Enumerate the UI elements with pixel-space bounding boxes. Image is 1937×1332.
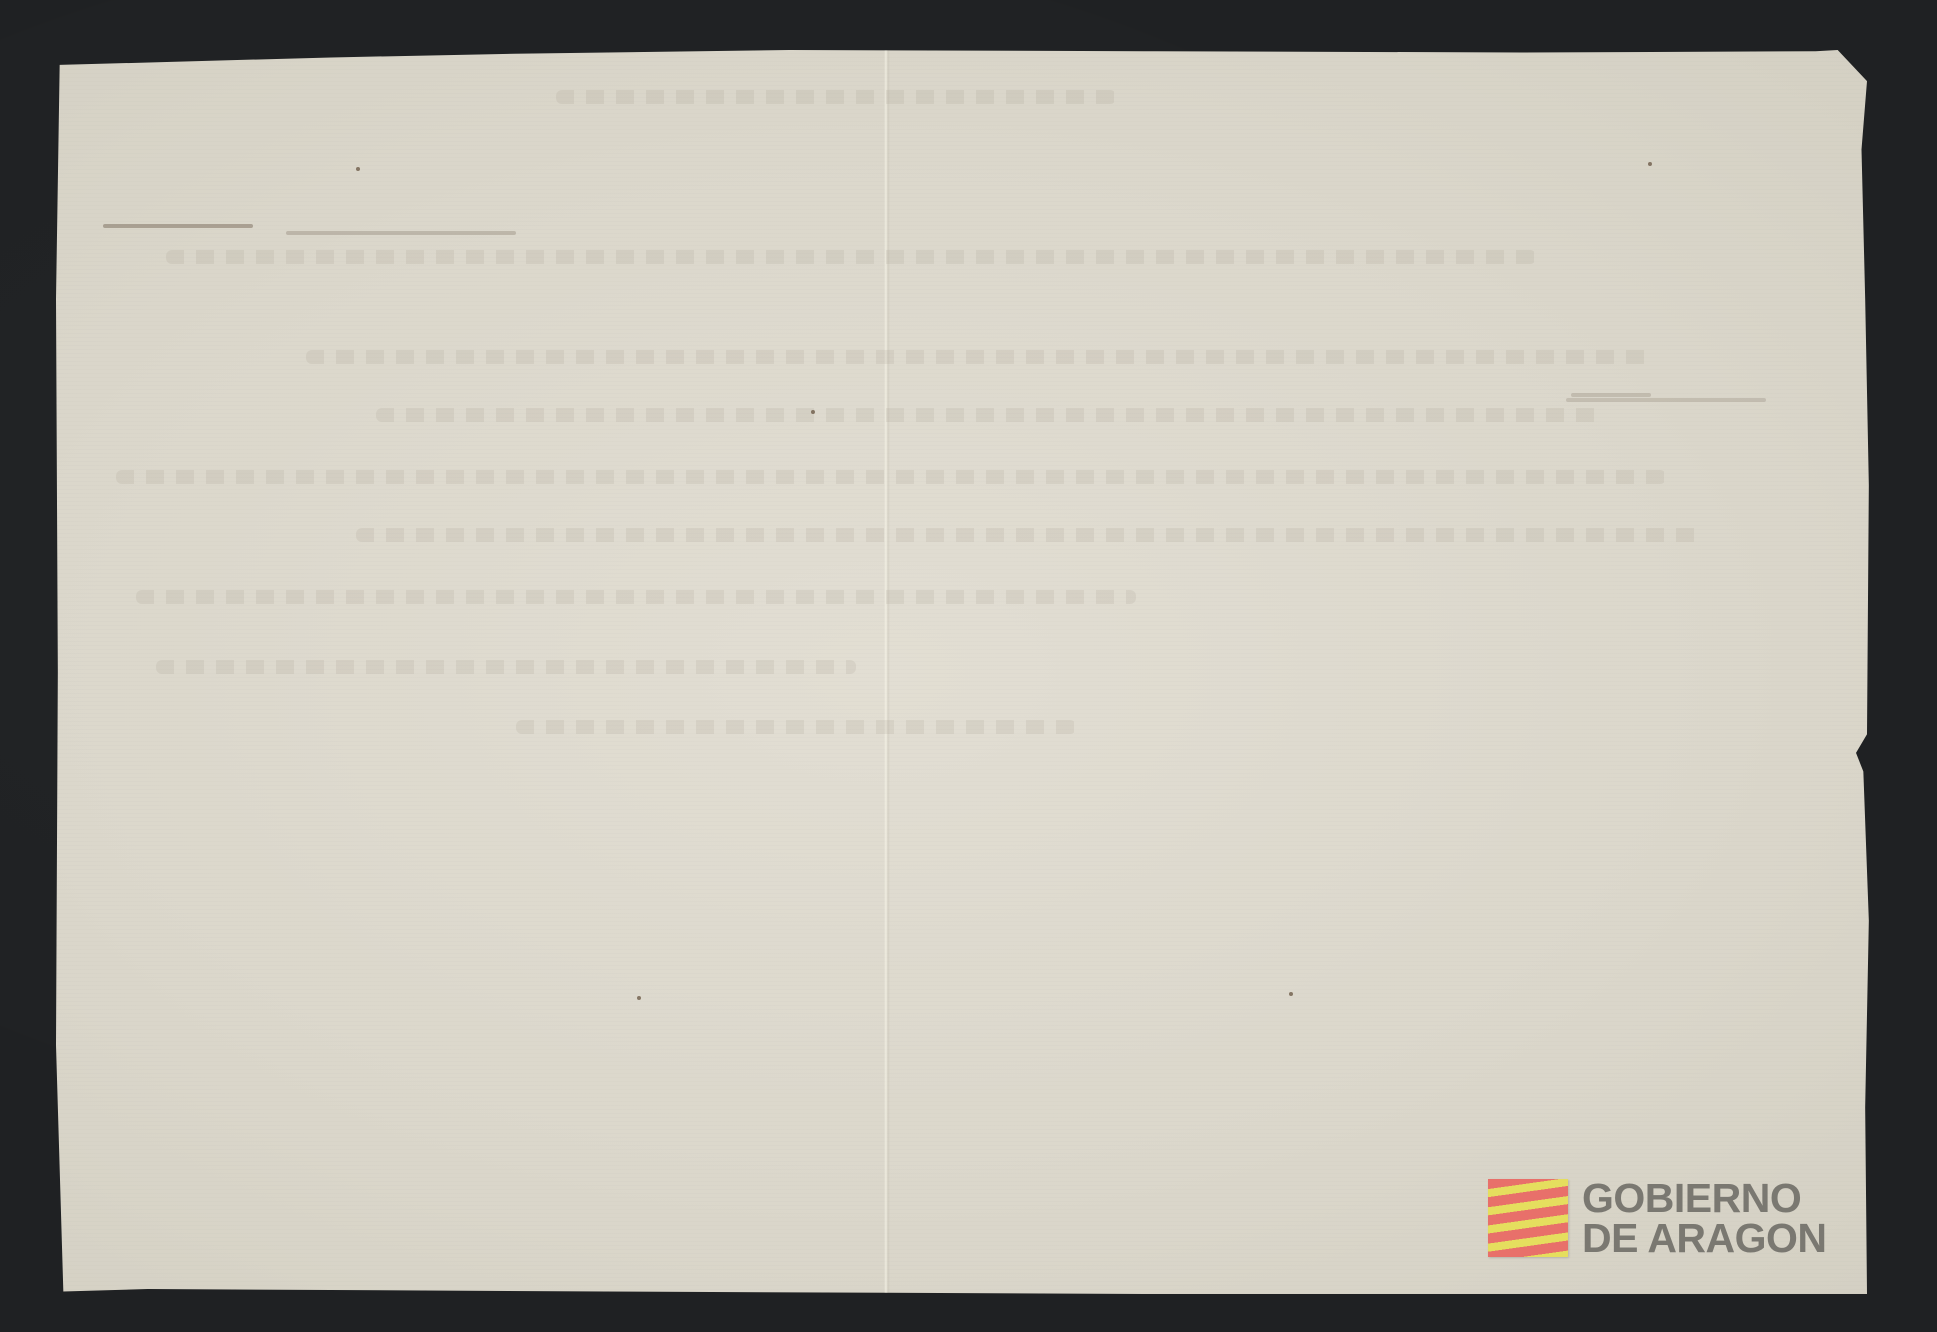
bleed-through-text	[306, 350, 1656, 364]
ink-stroke	[286, 231, 516, 235]
foxing-spot	[356, 167, 360, 171]
bleed-through-text	[136, 590, 1136, 604]
logo-line-1: GOBIERNO	[1582, 1178, 1827, 1218]
bleed-through-text	[356, 528, 1706, 542]
bleed-through-text	[516, 720, 1076, 734]
bleed-through-text	[156, 660, 856, 674]
foxing-spot	[811, 410, 815, 414]
logo-line-2: DE ARAGON	[1582, 1218, 1827, 1258]
fold-crease	[884, 50, 890, 1294]
bleed-through-text	[376, 408, 1606, 422]
logo-text: GOBIERNO DE ARAGON	[1582, 1178, 1827, 1258]
bleed-through-text	[556, 90, 1116, 104]
ink-stroke	[1566, 398, 1766, 402]
gobierno-de-aragon-logo: GOBIERNO DE ARAGON	[1488, 1178, 1827, 1258]
bleed-through-text	[166, 250, 1536, 264]
foxing-spot	[1289, 992, 1293, 996]
foxing-spot	[637, 996, 641, 1000]
bleed-through-text	[116, 470, 1666, 484]
ink-stroke	[103, 224, 253, 228]
ink-stroke	[1571, 393, 1651, 397]
aragon-flag-icon	[1488, 1179, 1568, 1257]
manuscript-page	[56, 50, 1889, 1294]
foxing-spot	[1648, 162, 1652, 166]
